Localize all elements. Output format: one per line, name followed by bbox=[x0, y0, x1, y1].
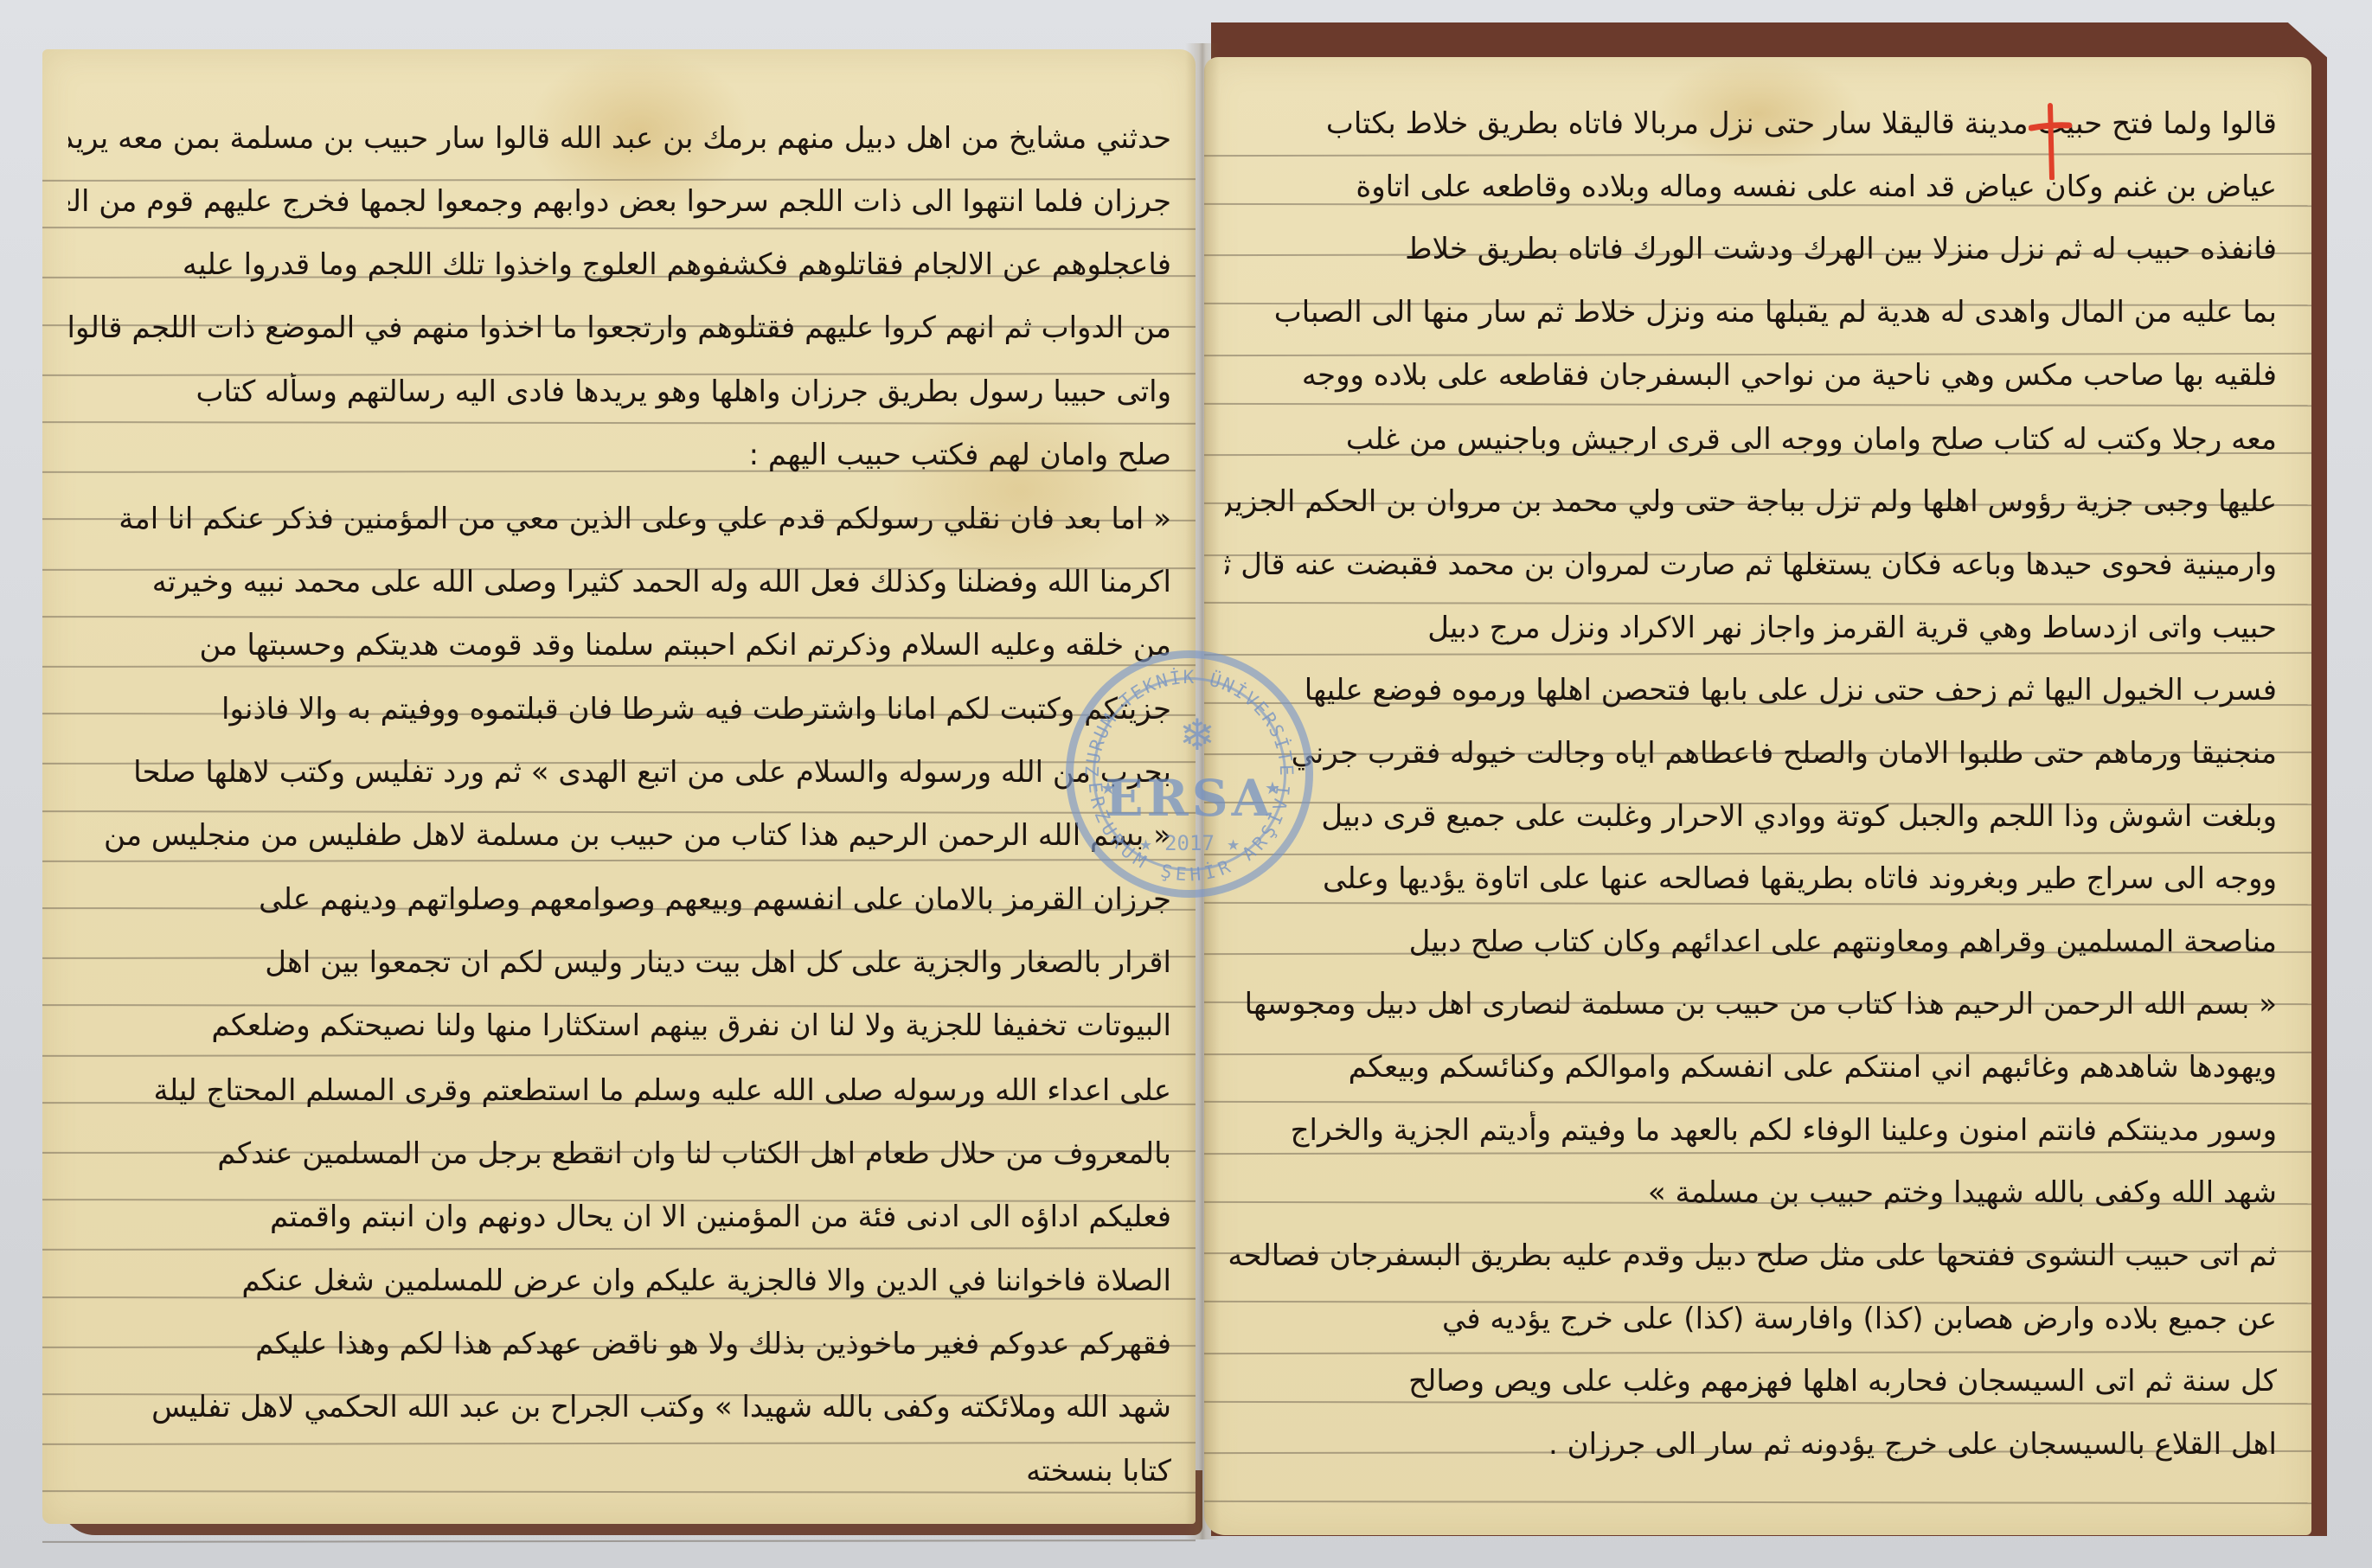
ruled-line bbox=[1204, 1151, 2311, 1155]
manuscript-line: وبلغت اشوش وذا اللجم والجبل كوتة ووادي ا… bbox=[1225, 797, 2277, 835]
manuscript-line: حبيب واتى ازدساط وهي قرية القرمز واجاز ن… bbox=[1225, 609, 2277, 647]
ruled-line bbox=[42, 1490, 1196, 1494]
ruled-line bbox=[1204, 1400, 2311, 1404]
ruled-line bbox=[42, 810, 1196, 814]
ruled-line bbox=[42, 1053, 1196, 1057]
manuscript-line: وسور مدينتكم فانتم امنون وعلينا الوفاء ل… bbox=[1225, 1111, 2277, 1149]
manuscript-line: فلقيه بها صاحب مكس وهي ناحية من نواحي ال… bbox=[1225, 356, 2277, 394]
manuscript-line: فسرب الخيول اليها ثم زحف حتى نزل على باب… bbox=[1225, 671, 2277, 709]
stamp-year-value: 2017 bbox=[1164, 831, 1215, 855]
manuscript-line: فعليكم اداؤه الى ادنى فئة من المؤمنين ال… bbox=[68, 1198, 1171, 1236]
stamp-year: ★ 2017 ★ bbox=[1074, 831, 1305, 855]
manuscript-line: قالوا ولما فتح حبيب مدينة قاليقلا سار حت… bbox=[1225, 105, 2277, 143]
ruled-line bbox=[42, 227, 1196, 230]
ruled-line bbox=[42, 859, 1196, 862]
ruled-line bbox=[1204, 402, 2311, 406]
manuscript-line: فانفذه حبيب له ثم نزل منزلا بين الهرك ود… bbox=[1225, 230, 2277, 268]
stamp-center-text: ERSA bbox=[1074, 769, 1305, 828]
star-icon: ★ bbox=[1139, 831, 1164, 855]
ruled-line bbox=[42, 1247, 1196, 1251]
manuscript-line: اقرار بالصغار والجزية على كل اهل بيت دين… bbox=[68, 944, 1171, 982]
manuscript-line: عليها وجبى جزية رؤوس اهلها ولم تزل بباجة… bbox=[1225, 483, 2277, 521]
manuscript-line: ثم اتى حبيب النشوى ففتحها على مثل صلح دب… bbox=[1225, 1237, 2277, 1275]
ruled-line bbox=[1204, 602, 2311, 605]
manuscript-line: صلح وامان لهم فكتب حبيب اليهم : bbox=[68, 436, 1171, 474]
manuscript-line: واتى حبيبا رسول بطريق جرزان واهلها وهو ي… bbox=[68, 373, 1171, 411]
red-cross-mark-icon bbox=[2029, 102, 2072, 180]
manuscript-line: كتابا بنسخته bbox=[68, 1452, 1171, 1490]
manuscript-line: معه رجلا وكتب له كتاب صلح وامان ووجه الى… bbox=[1225, 420, 2277, 458]
manuscript-line: « بسم الله الرحمن الرحيم هذا كتاب من حبي… bbox=[68, 816, 1171, 854]
manuscript-line: شهد الله وملائكته وكفى بالله شهيدا » وكت… bbox=[68, 1388, 1171, 1426]
manuscript-line: فاعجلوهم عن الالجام فقاتلوهم فكشفوهم الع… bbox=[68, 246, 1171, 284]
ruled-line bbox=[42, 1539, 1196, 1543]
manuscript-line: من خلقه وعليه السلام وذكرتم انكم احببتم … bbox=[68, 626, 1171, 664]
manuscript-line: شهد الله وكفى بالله شهيدا وختم حبيب بن م… bbox=[1225, 1174, 2277, 1212]
manuscript-line: بالمعروف من حلال طعام اهل الكتاب لنا وان… bbox=[68, 1135, 1171, 1173]
manuscript-line: بحرب من الله ورسوله والسلام على من اتبع … bbox=[68, 753, 1171, 791]
ruled-line bbox=[42, 1442, 1196, 1445]
manuscript-line: عن جميع بلاده وارض هصابن (كذا) وافارسة (… bbox=[1225, 1300, 2277, 1338]
manuscript-line: مناصحة المسلمين وقراهم ومعاونتهم على اعد… bbox=[1225, 923, 2277, 961]
ruled-line bbox=[42, 664, 1196, 668]
ruled-line bbox=[1204, 1501, 2311, 1504]
manuscript-line: ووجه الى سراج طير وبغروند فاتاه بطريقها … bbox=[1225, 860, 2277, 898]
manuscript-line: حدثني مشايخ من اهل دبيل منهم برمك بن عبد… bbox=[68, 119, 1171, 157]
manuscript-line: اهل القلاع بالسيسجان على خرج يؤدونه ثم س… bbox=[1225, 1425, 2277, 1463]
manuscript-line: « اما بعد فان نقلي رسولكم قدم علي وعلى ا… bbox=[68, 500, 1171, 538]
manuscript-line: جزيتكم وكتبت لكم امانا واشترطت فيه شرطا … bbox=[68, 690, 1171, 728]
ruled-line bbox=[1204, 1351, 2311, 1354]
manuscript-line: من الدواب ثم انهم كروا عليهم فقتلوهم وار… bbox=[68, 309, 1171, 347]
manuscript-line: فقهركم عدوكم فغير ماخوذين بذلك ولا هو نا… bbox=[68, 1325, 1171, 1363]
manuscript-line: منجنيقا ورماهم حتى طلبوا الامان والصلح ف… bbox=[1225, 734, 2277, 772]
manuscript-line: « بسم الله الرحمن الرحيم هذا كتاب من حبي… bbox=[1225, 985, 2277, 1023]
manuscript-line: جرزان القرمز بالامان على انفسهم وبيعهم و… bbox=[68, 880, 1171, 918]
archive-stamp: ERZURUM TEKNİK ÜNİVERSİTESİ ERZURUM ŞEHİ… bbox=[1066, 650, 1313, 898]
star-icon: ★ bbox=[1215, 831, 1240, 855]
ruled-line bbox=[1204, 1101, 2311, 1104]
manuscript-line: بما عليه من المال واهدى له هدية لم يقبله… bbox=[1225, 293, 2277, 331]
ruled-line bbox=[1204, 901, 2311, 905]
manuscript-line: جرزان فلما انتهوا الى ذات اللجم سرحوا بع… bbox=[68, 182, 1171, 221]
snowflake-emblem-icon: ❄ bbox=[1174, 712, 1221, 758]
ruled-line bbox=[1204, 652, 2311, 656]
left-page: حدثني مشايخ من اهل دبيل منهم برمك بن عبد… bbox=[42, 49, 1196, 1524]
manuscript-line: عياض بن غنم وكان عياض قد امنه على نفسه و… bbox=[1225, 168, 2277, 206]
ruled-line bbox=[1204, 852, 2311, 855]
manuscript-line: ويهودها شاهدهم وغائبهم اني امنتكم على ان… bbox=[1225, 1048, 2277, 1086]
manuscript-line: كل سنة ثم اتى السيسجان فحاربه اهلها فهزم… bbox=[1225, 1362, 2277, 1400]
manuscript-line: البيوتات تخفيفا للجزية ولا لنا ان نفرق ب… bbox=[68, 1007, 1171, 1045]
manuscript-line: اكرمنا الله وفضلنا وكذلك فعل الله وله ال… bbox=[68, 563, 1171, 601]
manuscript-line: على اعداء الله ورسوله صلى الله عليه وسلم… bbox=[68, 1072, 1171, 1110]
ruled-line bbox=[42, 616, 1196, 619]
manuscript-line: الصلاة فاخواننا في الدين والا فالجزية عل… bbox=[68, 1262, 1171, 1300]
right-page: قالوا ولما فتح حبيب مدينة قاليقلا سار حت… bbox=[1204, 57, 2311, 1535]
manuscript-line: وارمينية فحوى حيدها وباعه فكان يستغلها ث… bbox=[1225, 546, 2277, 584]
